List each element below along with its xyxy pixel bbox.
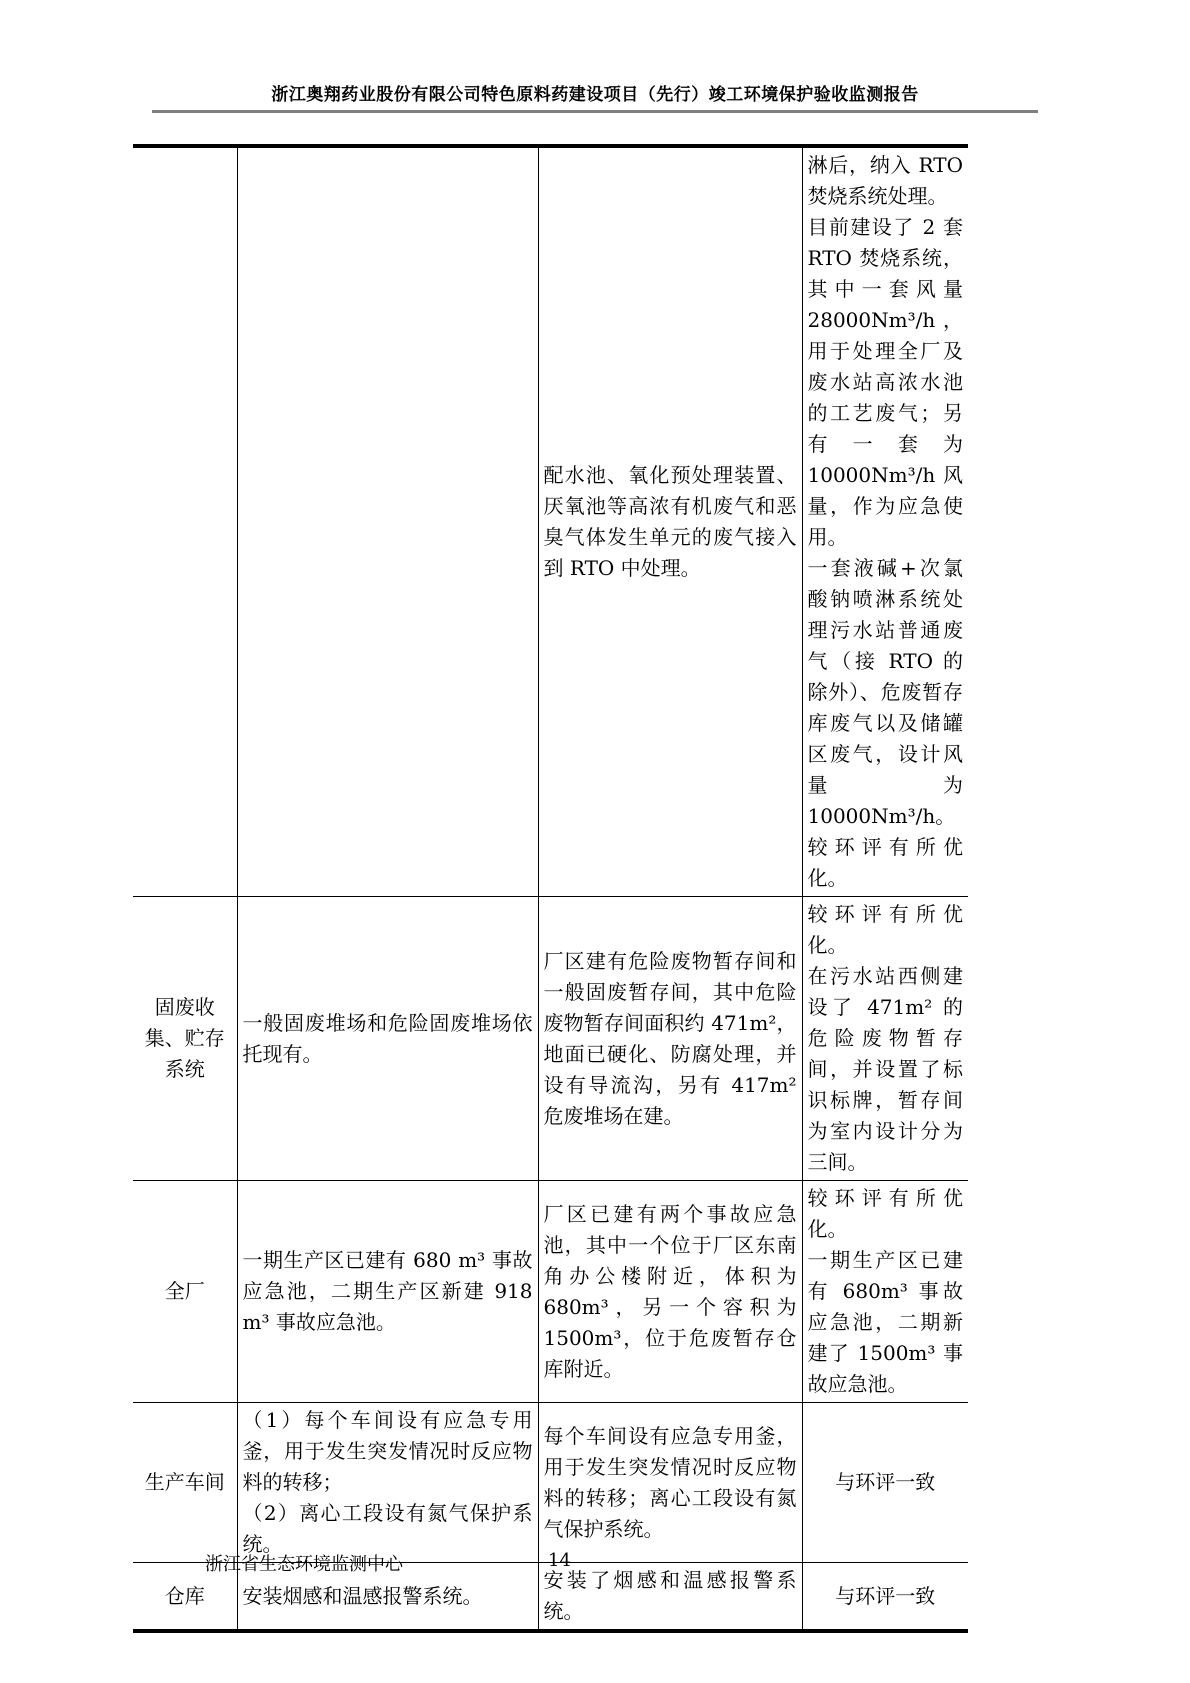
cell-paragraph: 较环评有所优化。 xyxy=(808,832,964,894)
cell-paragraph: 较环评有所优化。 xyxy=(808,899,964,961)
cell-col4: 淋后，纳入 RTO 焚烧系统处理。 目前建设了 2 套 RTO 焚烧系统，其中一… xyxy=(802,146,968,897)
cell-col4: 与环评一致 xyxy=(802,1403,968,1563)
header-divider-rule xyxy=(152,110,1038,113)
cell-paragraph: 一期生产区已建有 680 m³ 事故应急池，二期生产区新建 918 m³ 事故应… xyxy=(243,1245,533,1338)
cell-col2: （1）每个车间设有应急专用釜，用于发生突发情况时反应物料的转移； （2）离心工段… xyxy=(237,1403,538,1563)
cell-col3: 厂区已建有两个事故应急池，其中一个位于厂区东南角办公楼附近，体积为 680m³，… xyxy=(538,1181,802,1403)
cell-category: 生产车间 xyxy=(133,1403,237,1563)
cell-col3: 厂区建有危险废物暂存间和一般固废暂存间，其中危险废物暂存间面积约 471m²，地… xyxy=(538,897,802,1181)
cell-col3: 每个车间设有应急专用釜，用于发生突发情况时反应物料的转移；离心工段设有氮气保护系… xyxy=(538,1403,802,1563)
cell-paragraph: 一套液碱+次氯酸钠喷淋系统处理污水站普通废气（接 RTO 的除外）、危废暂存库废… xyxy=(808,553,964,832)
cell-category: 固废收集、贮存系统 xyxy=(133,897,237,1181)
cell-paragraph: 目前建设了 2 套 RTO 焚烧系统，其中一套风量 28000Nm³/h，用于处… xyxy=(808,212,964,553)
cell-paragraph: 与环评一致 xyxy=(808,1581,964,1612)
table-row-solid-waste: 固废收集、贮存系统 一般固废堆场和危险固废堆场依托现有。 厂区建有危险废物暂存间… xyxy=(133,897,968,1181)
cell-paragraph: 淋后，纳入 RTO 焚烧系统处理。 xyxy=(808,150,964,212)
cell-col4: 与环评一致 xyxy=(802,1563,968,1632)
cell-paragraph: 较环评有所优化。 xyxy=(808,1183,964,1245)
comparison-table: 配水池、氧化预处理装置、厌氧池等高浓有机废气和恶臭气体发生单元的废气接入到 RT… xyxy=(133,144,968,1633)
cell-paragraph: 与环评一致 xyxy=(808,1467,964,1498)
page-header-title: 浙江奥翔药业股份有限公司特色原料药建设项目（先行）竣工环境保护验收监测报告 xyxy=(0,80,1190,105)
document-page: 浙江奥翔药业股份有限公司特色原料药建设项目（先行）竣工环境保护验收监测报告 配水… xyxy=(0,0,1190,1683)
cell-paragraph: 安装了烟感和温感报警系统。 xyxy=(544,1565,797,1627)
cell-paragraph: 安装烟感和温感报警系统。 xyxy=(243,1581,533,1612)
cell-category: 全厂 xyxy=(133,1181,237,1403)
cell-paragraph: 每个车间设有应急专用釜，用于发生突发情况时反应物料的转移；离心工段设有氮气保护系… xyxy=(544,1421,797,1545)
cell-paragraph: （1）每个车间设有应急专用釜，用于发生突发情况时反应物料的转移； xyxy=(243,1405,533,1498)
cell-col2: 一期生产区已建有 680 m³ 事故应急池，二期生产区新建 918 m³ 事故应… xyxy=(237,1181,538,1403)
cell-col2: 一般固废堆场和危险固废堆场依托现有。 xyxy=(237,897,538,1181)
cell-paragraph: 一般固废堆场和危险固废堆场依托现有。 xyxy=(243,1008,533,1070)
footer-page-number: 14 xyxy=(548,1550,571,1571)
cell-paragraph: 在污水站西侧建设了 471m² 的危险废物暂存间，并设置了标识标牌，暂存间为室内… xyxy=(808,961,964,1178)
cell-category xyxy=(133,146,237,897)
cell-col3: 配水池、氧化预处理装置、厌氧池等高浓有机废气和恶臭气体发生单元的废气接入到 RT… xyxy=(538,146,802,897)
cell-col2 xyxy=(237,146,538,897)
cell-paragraph: 一期生产区已建有 680m³ 事故应急池，二期新建了 1500m³ 事故应急池。 xyxy=(808,1245,964,1400)
cell-paragraph: 厂区已建有两个事故应急池，其中一个位于厂区东南角办公楼附近，体积为 680m³，… xyxy=(544,1199,797,1385)
footer-organization: 浙江省生态环境监测中心 xyxy=(205,1550,403,1576)
cell-paragraph: 厂区建有危险废物暂存间和一般固废暂存间，其中危险废物暂存间面积约 471m²，地… xyxy=(544,946,797,1132)
table-row-whole-plant: 全厂 一期生产区已建有 680 m³ 事故应急池，二期生产区新建 918 m³ … xyxy=(133,1181,968,1403)
cell-col3: 安装了烟感和温感报警系统。 xyxy=(538,1563,802,1632)
table-row-production-workshop: 生产车间 （1）每个车间设有应急专用釜，用于发生突发情况时反应物料的转移； （2… xyxy=(133,1403,968,1563)
cell-col4: 较环评有所优化。 在污水站西侧建设了 471m² 的危险废物暂存间，并设置了标识… xyxy=(802,897,968,1181)
table-row-gas-treatment: 配水池、氧化预处理装置、厌氧池等高浓有机废气和恶臭气体发生单元的废气接入到 RT… xyxy=(133,146,968,897)
cell-paragraph: 配水池、氧化预处理装置、厌氧池等高浓有机废气和恶臭气体发生单元的废气接入到 RT… xyxy=(544,460,797,584)
cell-col4: 较环评有所优化。 一期生产区已建有 680m³ 事故应急池，二期新建了 1500… xyxy=(802,1181,968,1403)
